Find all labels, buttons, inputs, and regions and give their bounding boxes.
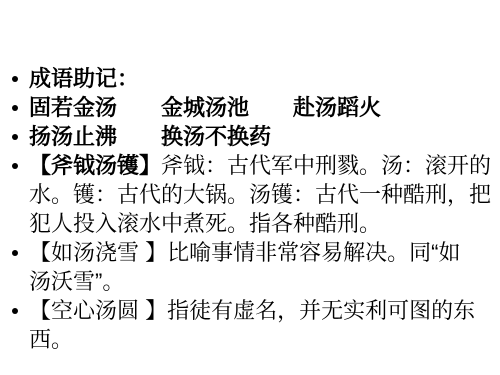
bullet-bold-text: 成语助记： [29, 66, 139, 91]
bullet-normal-text: 【如汤浇雪 】比喻事情非常容易解决。同“如 汤沃雪”。 [29, 240, 460, 294]
presentation-slide: 成语助记： 固若金汤 金城汤池 赴汤蹈火 扬汤止沸 换汤不换药 【斧钺汤镬】斧钺… [0, 0, 500, 375]
bullet-item-rutang-jiaoxue: 【如汤浇雪 】比喻事情非常容易解决。同“如 汤沃雪”。 [10, 238, 494, 296]
bullet-item-idioms-2: 扬汤止沸 换汤不换药 [10, 122, 494, 151]
bullet-bold-text: 【斧钺汤镬】 [29, 153, 161, 178]
bullet-icon [12, 250, 18, 256]
bullet-bold-text: 固若金汤 金城汤池 赴汤蹈火 [29, 95, 381, 120]
bullet-text: 成语助记： [29, 64, 494, 93]
bullet-text: 扬汤止沸 换汤不换药 [29, 122, 494, 151]
bullet-item-kongxin-tangyuan: 【空心汤圆 】指徒有虚名，并无实利可图的东 西。 [10, 296, 494, 354]
bullet-item-fuyue-tanghuo: 【斧钺汤镬】斧钺：古代军中刑戮。汤：滚开的 水。镬：古代的大锅。汤镬：古代一种酷… [10, 151, 494, 238]
bullet-icon [12, 308, 18, 314]
bullet-item-title: 成语助记： [10, 64, 494, 93]
bullet-text: 固若金汤 金城汤池 赴汤蹈火 [29, 93, 494, 122]
bullet-text: 【斧钺汤镬】斧钺：古代军中刑戮。汤：滚开的 水。镬：古代的大锅。汤镬：古代一种酷… [29, 151, 494, 238]
bullet-item-idioms-1: 固若金汤 金城汤池 赴汤蹈火 [10, 93, 494, 122]
bullet-bold-text: 扬汤止沸 换汤不换药 [29, 124, 271, 149]
bullet-icon [12, 76, 18, 82]
bullet-normal-text: 【空心汤圆 】指徒有虚名，并无实利可图的东 西。 [29, 298, 475, 352]
bullet-text: 【空心汤圆 】指徒有虚名，并无实利可图的东 西。 [29, 296, 494, 354]
bullet-icon [12, 163, 18, 169]
bullet-icon [12, 105, 18, 111]
bullet-icon [12, 134, 18, 140]
bullet-text: 【如汤浇雪 】比喻事情非常容易解决。同“如 汤沃雪”。 [29, 238, 494, 296]
slide-content: 成语助记： 固若金汤 金城汤池 赴汤蹈火 扬汤止沸 换汤不换药 【斧钺汤镬】斧钺… [10, 64, 494, 354]
